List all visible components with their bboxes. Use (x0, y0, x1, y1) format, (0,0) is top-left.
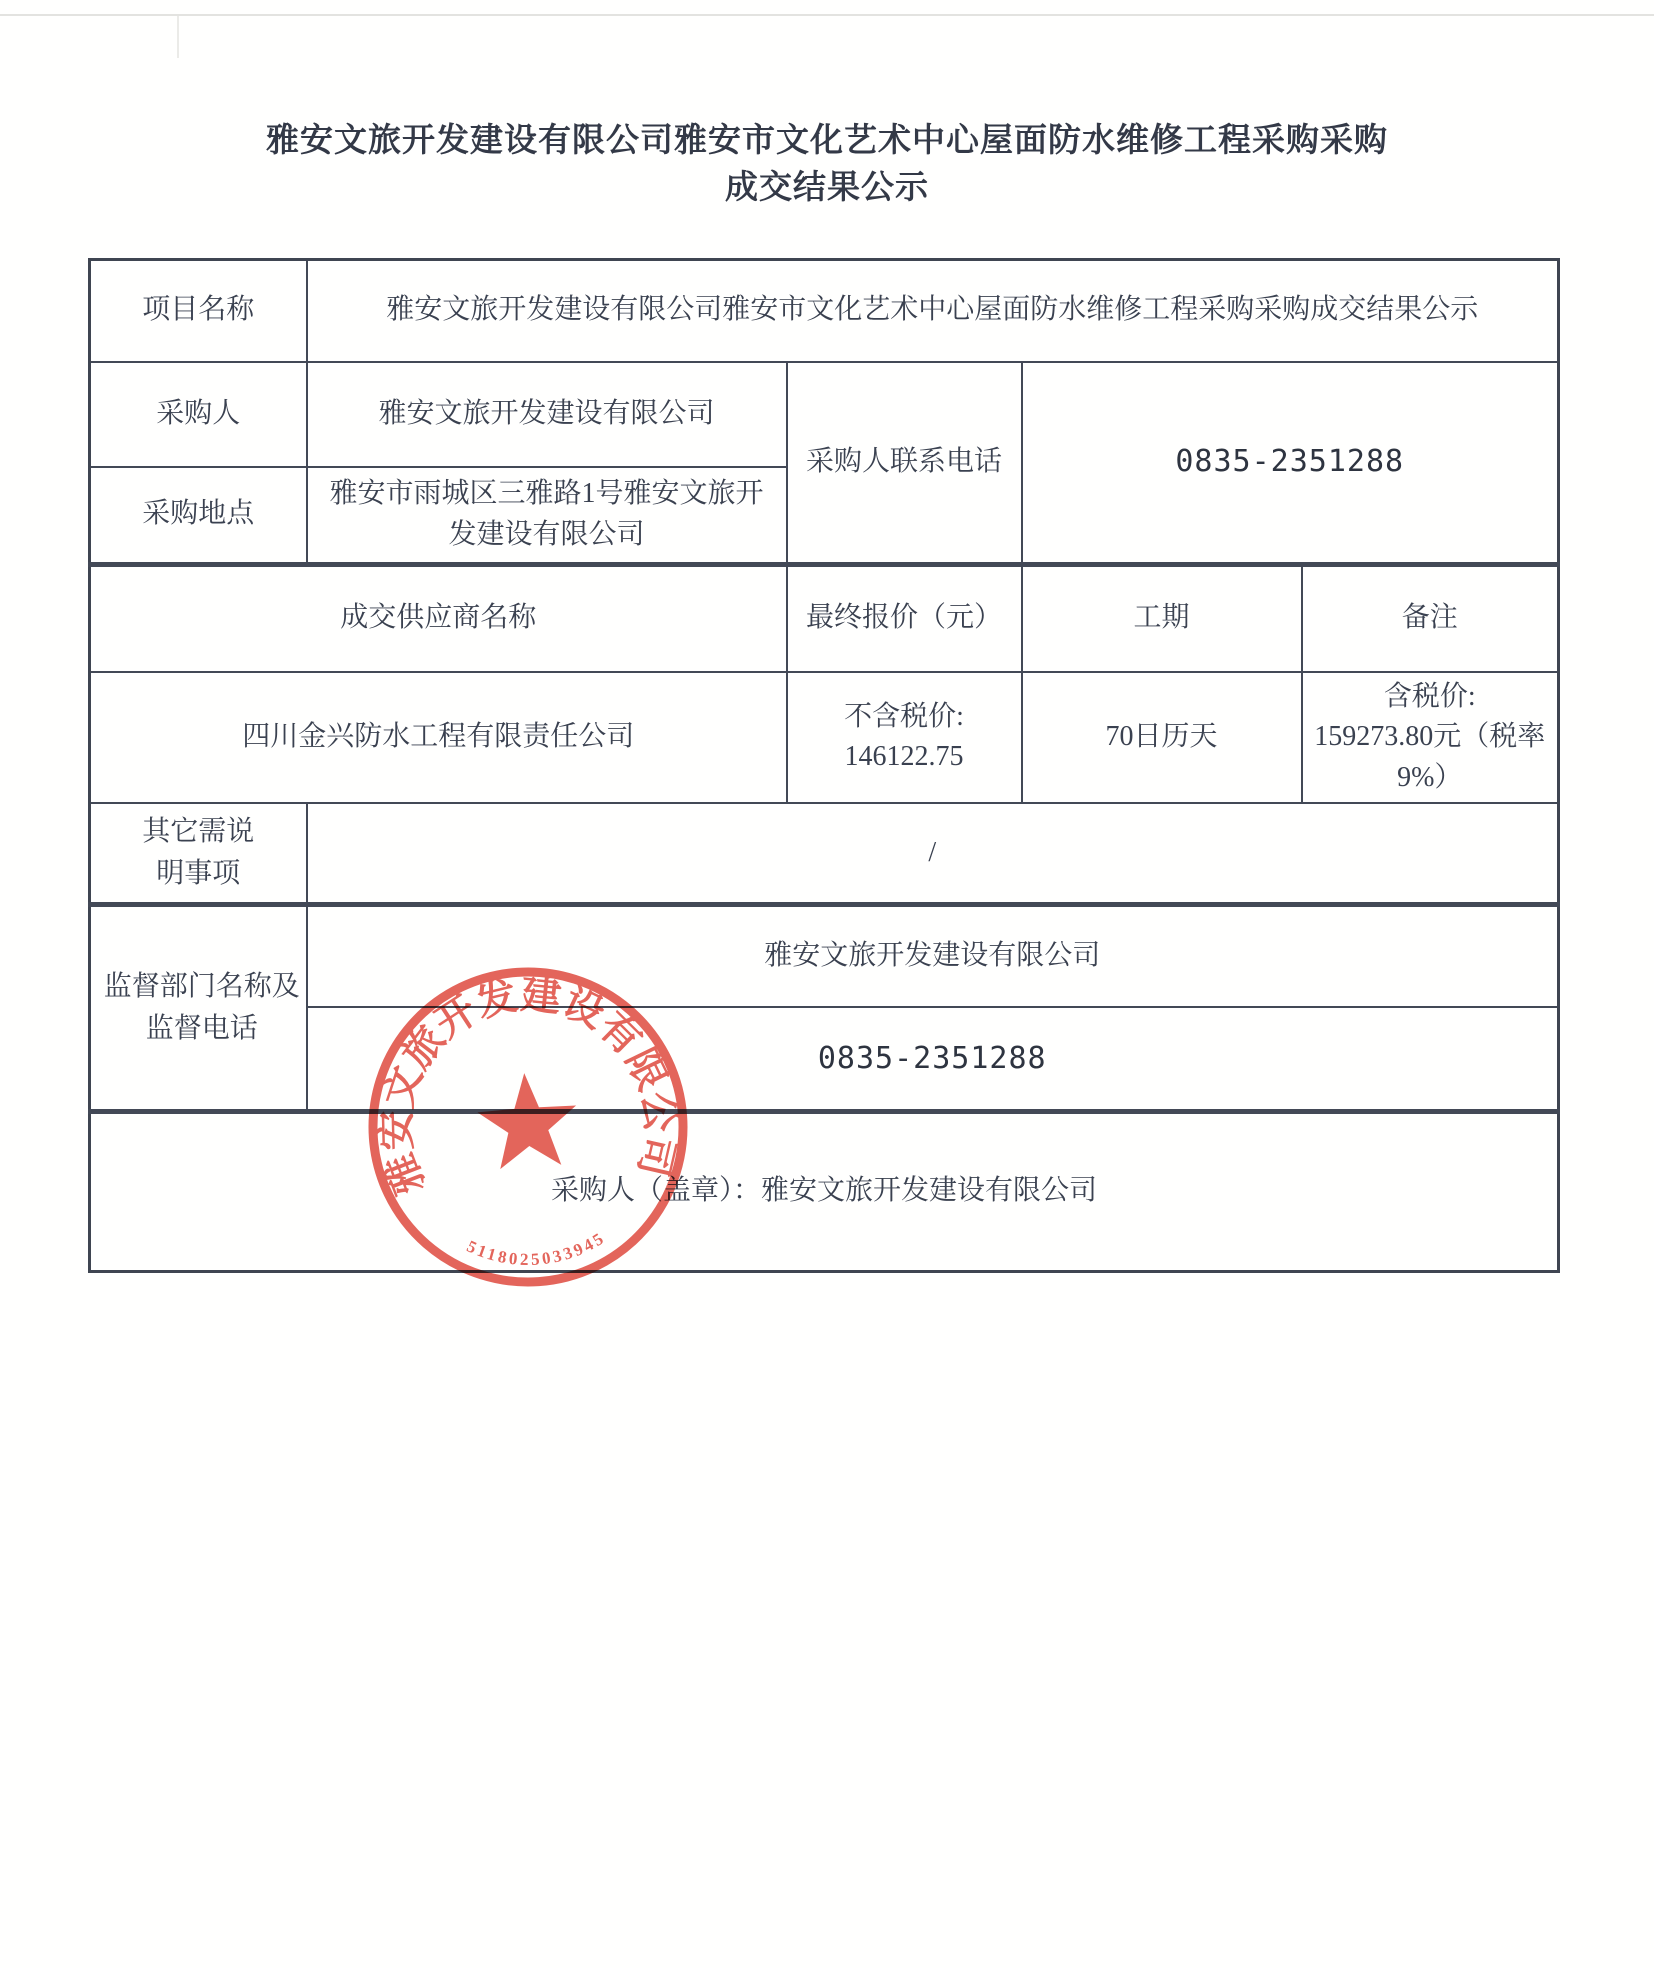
table-row: 监督部门名称及监督电话 雅安文旅开发建设有限公司 (90, 904, 1559, 1007)
other-notes-value: / (307, 803, 1559, 904)
scan-artifact-horizontal (0, 14, 1654, 16)
remark-cell: 含税价: 159273.80元（税率9%） (1302, 672, 1559, 804)
price-excl-tax-label: 不含税价: (798, 697, 1011, 738)
remark-text: 含税价: 159273.80元（税率9%） (1313, 677, 1548, 799)
price-incl-tax-label: 含税价: (1313, 677, 1548, 718)
document-title-line2: 成交结果公示 (0, 163, 1654, 210)
supervision-label-text: 监督部门名称及监督电话 (101, 966, 303, 1050)
header-supplier: 成交供应商名称 (90, 565, 787, 672)
supervision-phone-number: 0835-2351288 (818, 1041, 1047, 1076)
supervision-phone-cell: 0835-2351288 (307, 1007, 1559, 1111)
table-row: 0835-2351288 (90, 1007, 1559, 1111)
header-duration: 工期 (1022, 565, 1302, 672)
table-data-row: 四川金兴防水工程有限责任公司 不含税价: 146122.75 70日历天 含税价… (90, 672, 1559, 804)
document-title: 雅安文旅开发建设有限公司雅安市文化艺术中心屋面防水维修工程采购采购 成交结果公示 (0, 116, 1654, 210)
table-footer-row: 采购人（盖章）：雅安文旅开发建设有限公司 (90, 1111, 1559, 1271)
final-price-cell: 不含税价: 146122.75 (787, 672, 1022, 804)
location-value: 雅安市雨城区三雅路1号雅安文旅开发建设有限公司 (307, 467, 787, 565)
table-row: 采购人 雅安文旅开发建设有限公司 采购人联系电话 0835-2351288 (90, 362, 1559, 467)
header-remark: 备注 (1302, 565, 1559, 672)
price-excl-tax-value: 146122.75 (798, 737, 1011, 778)
project-name-label: 项目名称 (90, 260, 307, 362)
procurement-result-table: 项目名称 雅安文旅开发建设有限公司雅安市文化艺术中心屋面防水维修工程采购采购成交… (88, 258, 1560, 1273)
header-final-price: 最终报价（元） (787, 565, 1022, 672)
table-row: 项目名称 雅安文旅开发建设有限公司雅安市文化艺术中心屋面防水维修工程采购采购成交… (90, 260, 1559, 362)
other-notes-label: 其它需说明事项 (90, 803, 307, 904)
other-notes-label-text: 其它需说明事项 (139, 811, 257, 895)
project-name-value: 雅安文旅开发建设有限公司雅安市文化艺术中心屋面防水维修工程采购采购成交结果公示 (307, 260, 1559, 362)
duration-value: 70日历天 (1022, 672, 1302, 804)
location-label: 采购地点 (90, 467, 307, 565)
document-title-line1: 雅安文旅开发建设有限公司雅安市文化艺术中心屋面防水维修工程采购采购 (0, 116, 1654, 163)
contact-phone-label: 采购人联系电话 (787, 362, 1022, 565)
purchaser-value: 雅安文旅开发建设有限公司 (307, 362, 787, 467)
purchaser-signature-line: 采购人（盖章）：雅安文旅开发建设有限公司 (90, 1111, 1559, 1271)
table-header-row: 成交供应商名称 最终报价（元） 工期 备注 (90, 565, 1559, 672)
supervision-department-value: 雅安文旅开发建设有限公司 (307, 904, 1559, 1007)
supervision-label: 监督部门名称及监督电话 (90, 904, 307, 1111)
price-incl-tax-value: 159273.80元（税率9%） (1314, 721, 1545, 793)
contact-phone-number: 0835-2351288 (1175, 444, 1404, 479)
supplier-value: 四川金兴防水工程有限责任公司 (90, 672, 787, 804)
purchaser-label: 采购人 (90, 362, 307, 467)
table-row: 其它需说明事项 / (90, 803, 1559, 904)
scan-artifact-vertical (177, 16, 179, 58)
scanned-document-page: 雅安文旅开发建设有限公司雅安市文化艺术中心屋面防水维修工程采购采购 成交结果公示… (0, 0, 1654, 1968)
contact-phone-value: 0835-2351288 (1022, 362, 1559, 565)
